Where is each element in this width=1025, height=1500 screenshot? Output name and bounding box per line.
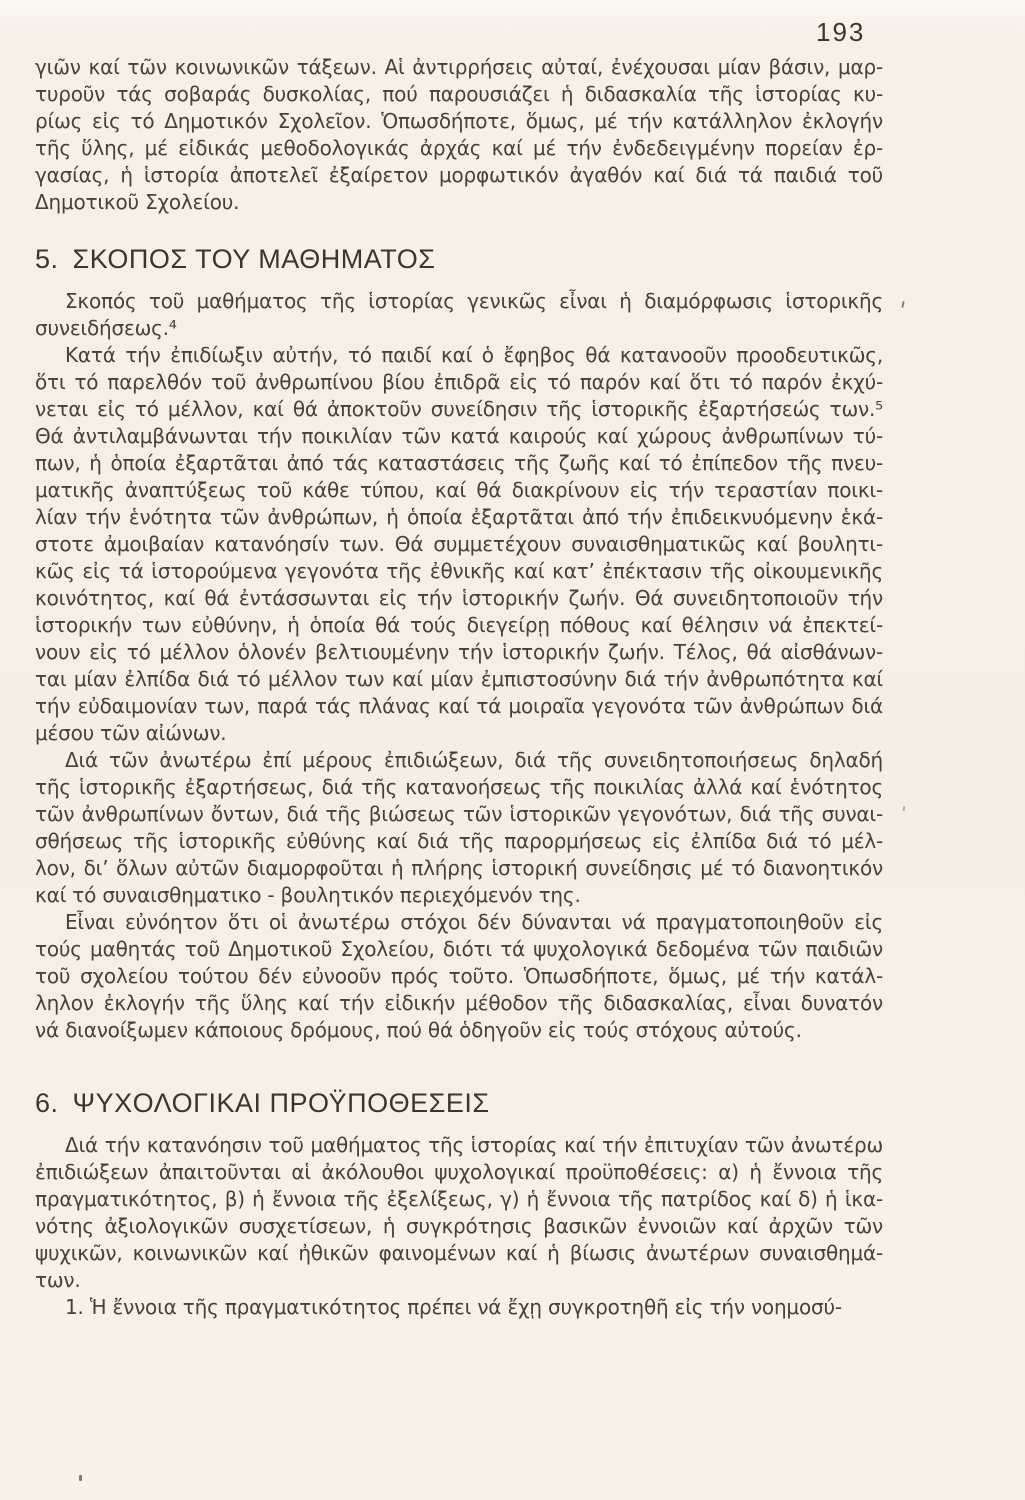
section-5-paragraph-4-line-2: τούς μαθητάς τοῦ Δημοτικοῦ Σχολείου, διό…	[35, 936, 883, 963]
section-title: ΣΚΟΠΟΣ ΤΟΥ ΜΑΘΗΜΑΤΟΣ	[73, 244, 436, 274]
section-number: 6.	[35, 1088, 59, 1118]
scan-speck	[79, 1475, 82, 1481]
section-5-paragraph-4-line-4: ληλον ἐκλογήν τῆς ὕλης καί τήν εἰδικήν μ…	[35, 990, 883, 1017]
section-5-paragraph-2-line-2: ὅτι τό παρελθόν τοῦ ἀνθρωπίνου βίου ἐπιδ…	[35, 369, 883, 396]
section-5-paragraph-2-line-14: τήν εὐδαιμονίαν των, παρά τάς πλάνας καί…	[35, 693, 883, 720]
section-5-paragraph-3-line-3: τῶν ἀνθρωπίνων ὄντων, διά τῆς βιώσεως τῶ…	[35, 801, 883, 828]
section-title: ΨΥΧΟΛΟΓΙΚΑΙ ΠΡΟΫΠΟΘΕΣΕΙΣ	[73, 1088, 490, 1118]
section-6-paragraph-1-line-2: ἐπιδιώξεων ἀπαιτοῦνται αἱ ἀκόλουθοι ψυχο…	[35, 1159, 883, 1186]
section-5-paragraph-1-line-1: Σκοπός τοῦ μαθήματος τῆς ἱστορίας γενικῶ…	[35, 288, 883, 315]
section-6-paragraph-2-line-1: 1. Ἡ ἔννοια τῆς πραγματικότητος πρέπει ν…	[35, 1294, 883, 1321]
section-6-heading: 6.ΨΥΧΟΛΟΓΙΚΑΙ ΠΡΟΫΠΟΘΕΣΕΙΣ	[35, 1088, 883, 1118]
section-6-paragraph-1-line-1: Διά τήν κατανόησιν τοῦ μαθήματος τῆς ἱστ…	[35, 1132, 883, 1159]
section-5-paragraph-3-line-6: καί τό συναισθηματικο - βουλητικόν περιε…	[35, 882, 883, 909]
scanned-book-page: 193 γιῶν καί τῶν κοινωνικῶν τάξεων. Αἱ ἀ…	[0, 0, 1025, 1500]
page-number: 193	[816, 18, 865, 46]
section-5-paragraph-2-line-11: ἱστορικήν των εὐθύνην, ἡ ὁποία θά τούς δ…	[35, 612, 883, 639]
section-5-paragraph-2-line-4: Θά ἀντιλαμβάνωνται τήν ποικιλίαν τῶν κατ…	[35, 423, 883, 450]
section-5-paragraph-2-line-3: νεται εἰς τό μέλλον, καί θά ἀποκτοῦν συν…	[35, 396, 883, 423]
section-5-paragraph-2-line-15: μέσου τῶν αἰώνων.	[35, 720, 883, 747]
text-block: γιῶν καί τῶν κοινωνικῶν τάξεων. Αἱ ἀντιρ…	[35, 54, 883, 1321]
continuation-paragraph-line-6: Δημοτικοῦ Σχολείου.	[35, 189, 883, 216]
section-5-paragraph-2-line-7: λίαν τήν ἑνότητα τῶν ἀνθρώπων, ἡ ὁποία ἐ…	[35, 504, 883, 531]
section-5-paragraph-2-line-6: ματικῆς ἀναπτύξεως τοῦ κάθε τύπου, καί θ…	[35, 477, 883, 504]
section-5-paragraph-2-line-8: στοτε ἀμοιβαίαν κατανόησίν των. Θά συμμε…	[35, 531, 883, 558]
section-5-paragraph-1-line-2: συνειδήσεως.⁴	[35, 315, 883, 342]
section-5-paragraph-3-line-1: Διά τῶν ἀνωτέρω ἐπί μέρους ἐπιδιώξεων, δ…	[35, 747, 883, 774]
section-5-heading: 5.ΣΚΟΠΟΣ ΤΟΥ ΜΑΘΗΜΑΤΟΣ	[35, 244, 883, 274]
section-5-paragraph-3-line-2: τῆς ἱστορικῆς ἐξαρτήσεως, διά τῆς κατανο…	[35, 774, 883, 801]
scan-speck	[903, 806, 906, 811]
scan-speck	[901, 301, 904, 308]
section-5-paragraph-3-line-4: σθήσεως τῆς ἱστορικῆς εὐθύνης καί διά τῆ…	[35, 828, 883, 855]
section-5-paragraph-2-line-5: πων, ἡ ὁποία ἐξαρτᾶται ἀπό τάς καταστάσε…	[35, 450, 883, 477]
continuation-paragraph-line-4: τῆς ὕλης, μέ εἰδικάς μεθοδολογικάς ἀρχάς…	[35, 135, 883, 162]
section-6-paragraph-1-line-3: πραγματικότητος, β) ἡ ἔννοια τῆς ἐξελίξε…	[35, 1186, 883, 1213]
section-5-paragraph-4-line-5: νά διανοίξωμεν κάποιους δρόμους, πού θά …	[35, 1017, 883, 1044]
section-5-paragraph-2-line-1: Κατά τήν ἐπιδίωξιν αὐτήν, τό παιδί καί ὁ…	[35, 342, 883, 369]
section-5-paragraph-2-line-13: ται μίαν ἐλπίδα διά τό μέλλον των καί μί…	[35, 666, 883, 693]
continuation-paragraph-line-3: ρίως εἰς τό Δημοτικόν Σχολεῖον. Ὁπωσδήπο…	[35, 108, 883, 135]
section-5-paragraph-4-line-3: τοῦ σχολείου τούτου δέν εὐνοοῦν πρός τοῦ…	[35, 963, 883, 990]
section-number: 5.	[35, 244, 59, 274]
section-5-paragraph-2-line-10: κοινότητος, καί θά ἐντάσσωνται εἰς τήν ἱ…	[35, 585, 883, 612]
section-5-paragraph-2-line-9: κῶς εἰς τά ἱστορούμενα γεγονότα τῆς ἐθνι…	[35, 558, 883, 585]
continuation-paragraph-line-2: τυροῦν τάς σοβαράς δυσκολίας, πού παρουσ…	[35, 81, 883, 108]
section-6-paragraph-1-line-5: ψυχικῶν, κοινωνικῶν καί ἠθικῶν φαινομένω…	[35, 1240, 883, 1267]
section-6-paragraph-1-line-4: νότης ἀξιολογικῶν συσχετίσεων, ἡ συγκρότ…	[35, 1213, 883, 1240]
section-5-paragraph-3-line-5: λον, δι’ ὅλων αὐτῶν διαμορφοῦται ἡ πλήρη…	[35, 855, 883, 882]
continuation-paragraph-line-1: γιῶν καί τῶν κοινωνικῶν τάξεων. Αἱ ἀντιρ…	[35, 54, 883, 81]
section-5-paragraph-4-line-1: Εἶναι εὐνόητον ὅτι οἱ ἀνωτέρω στόχοι δέν…	[35, 909, 883, 936]
continuation-paragraph-line-5: γασίας, ἡ ἱστορία ἀποτελεῖ ἐξαίρετον μορ…	[35, 162, 883, 189]
section-5-paragraph-2-line-12: νουν εἰς τό μέλλον ὁλονέν βελτιουμένην τ…	[35, 639, 883, 666]
section-6-paragraph-1-line-6: των.	[35, 1267, 883, 1294]
